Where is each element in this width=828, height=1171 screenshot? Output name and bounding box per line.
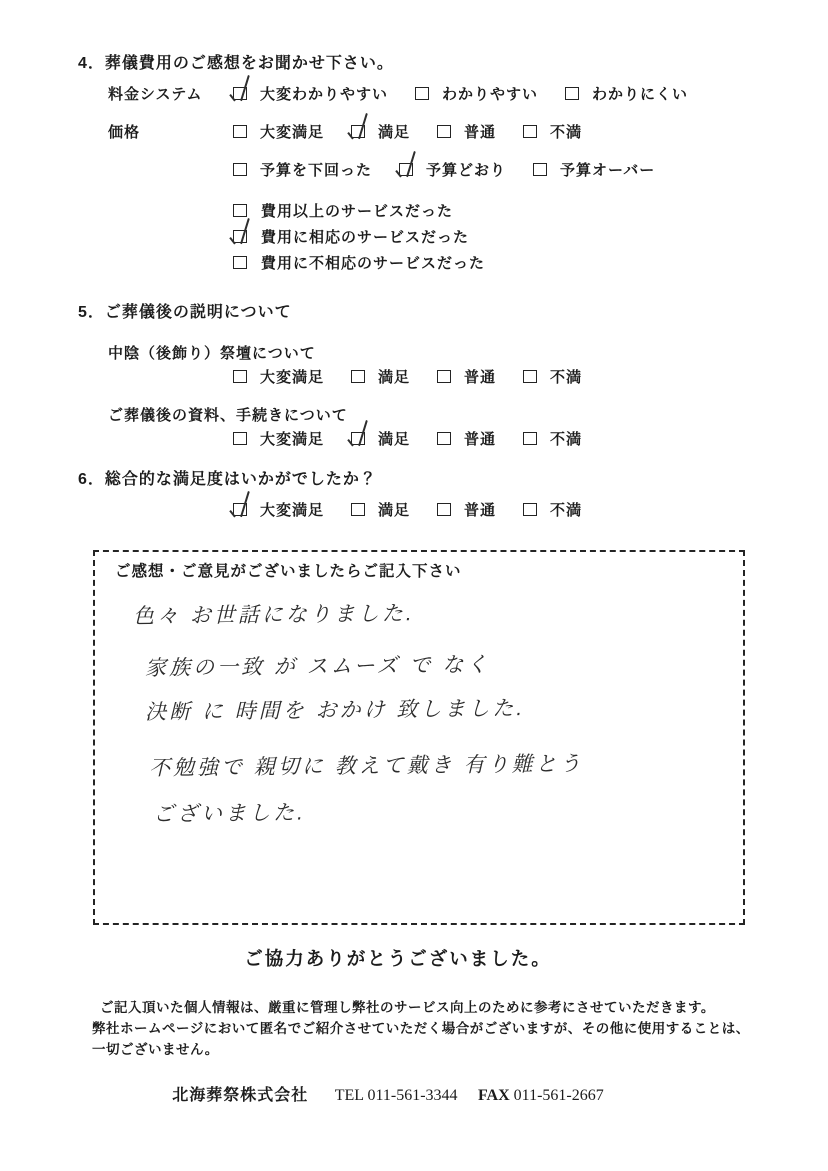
option-label: 予算どおり	[426, 159, 506, 180]
thanks-message: ご協力ありがとうございました。	[78, 945, 718, 971]
survey-option: 不満	[523, 428, 582, 449]
survey-option: 予算オーバー	[533, 159, 655, 180]
checkbox-unchecked	[565, 87, 579, 100]
survey-option: 普通	[437, 499, 496, 520]
option-label: 大変満足	[260, 428, 324, 449]
option-label: わかりにくい	[592, 83, 688, 104]
row-label-pricing-system: 料金システム	[108, 83, 233, 104]
tel-label: TEL	[335, 1087, 364, 1104]
options-documents: 大変満足満足普通不満	[233, 428, 758, 449]
survey-option: 大変満足	[233, 366, 324, 387]
option-label: 大変わかりやすい	[260, 83, 388, 104]
checkbox-checked	[399, 163, 413, 176]
privacy-notice: ご記入頂いた個人情報は、厳重に管理し弊社のサービス向上のために参考にさせていただ…	[92, 997, 752, 1060]
survey-option: 費用以上のサービスだった	[233, 200, 758, 221]
survey-option: 大変満足	[233, 428, 324, 449]
fax-label: FAX	[478, 1087, 510, 1104]
survey-option: わかりにくい	[565, 83, 688, 104]
checkbox-unchecked	[437, 125, 451, 138]
checkbox-unchecked	[415, 87, 429, 100]
handwritten-line: 色々 お世話になりました.	[133, 594, 725, 630]
option-label: 費用に相応のサービスだった	[261, 226, 469, 247]
options-cost-service: 費用以上のサービスだった費用に相応のサービスだった費用に不相応のサービスだった	[233, 200, 758, 273]
option-label: 満足	[378, 366, 410, 387]
checkbox-checked	[351, 432, 365, 445]
privacy-line: 一切ございません。	[92, 1039, 752, 1060]
checkbox-unchecked	[437, 370, 451, 383]
comment-box: ご感想・ご意見がございましたらご記入下さい 色々 お世話になりました.家族の一致…	[93, 550, 745, 925]
checkbox-unchecked	[233, 163, 247, 176]
options-altar: 大変満足満足普通不満	[233, 366, 758, 387]
options-overall: 大変満足満足普通不満	[233, 499, 758, 520]
checkbox-unchecked	[437, 432, 451, 445]
survey-option: 大変わかりやすい	[233, 83, 388, 104]
survey-option: 大変満足	[233, 499, 324, 520]
option-label: 大変満足	[260, 366, 324, 387]
survey-option: わかりやすい	[415, 83, 538, 104]
section4-heading: 4．葬儀費用のご感想をお聞かせ下さい。	[78, 50, 758, 73]
checkbox-unchecked	[523, 432, 537, 445]
handwritten-comment: 色々 お世話になりました.家族の一致 が スムーズ で なく決断 に 時間を お…	[115, 597, 725, 825]
privacy-line: ご記入頂いた個人情報は、厳重に管理し弊社のサービス向上のために参考にさせていただ…	[92, 997, 752, 1018]
checkbox-unchecked	[233, 432, 247, 445]
option-label: 普通	[464, 499, 496, 520]
option-label: 不満	[550, 428, 582, 449]
option-label: 大変満足	[260, 499, 324, 520]
tel-contact: TEL 011-561-3344	[335, 1087, 458, 1104]
question-row-budget: 予算を下回った予算どおり予算オーバー	[108, 159, 758, 180]
handwritten-line: 家族の一致 が スムーズ で なく	[145, 646, 725, 682]
survey-option: 大変満足	[233, 121, 324, 142]
checkbox-unchecked	[233, 125, 247, 138]
option-label: 予算オーバー	[560, 159, 655, 180]
fax-number: 011-561-2667	[514, 1087, 604, 1104]
option-label: 大変満足	[260, 121, 324, 142]
survey-option: 普通	[437, 121, 496, 142]
checkbox-unchecked	[351, 370, 365, 383]
tel-number: 011-561-3344	[367, 1087, 457, 1104]
section-overall-satisfaction: 6．総合的な満足度はいかがでしたか？ 大変満足満足普通不満	[78, 466, 758, 520]
subsection-documents-label: ご葬儀後の資料、手続きについて	[108, 404, 758, 425]
checkbox-checked	[233, 87, 247, 100]
checkbox-unchecked	[523, 370, 537, 383]
checkbox-unchecked	[351, 503, 365, 516]
checkbox-checked	[351, 125, 365, 138]
option-label: 不満	[550, 499, 582, 520]
checkbox-unchecked	[233, 204, 247, 217]
section6-heading: 6．総合的な満足度はいかがでしたか？	[78, 466, 758, 489]
scanned-survey-page: 4．葬儀費用のご感想をお聞かせ下さい。 料金システム 大変わかりやすいわかりやす…	[0, 0, 828, 1171]
option-label: 普通	[464, 428, 496, 449]
checkbox-unchecked	[523, 503, 537, 516]
subsection-documents: ご葬儀後の資料、手続きについて 大変満足満足普通不満	[78, 404, 758, 449]
checkbox-unchecked	[233, 256, 247, 269]
row-label-price: 価格	[108, 121, 233, 142]
option-label: 不満	[550, 366, 582, 387]
option-label: 満足	[378, 499, 410, 520]
question-row-price: 価格 大変満足満足普通不満	[108, 121, 758, 142]
option-label: 普通	[464, 366, 496, 387]
survey-option: 不満	[523, 366, 582, 387]
checkbox-unchecked	[437, 503, 451, 516]
option-label: 費用以上のサービスだった	[261, 200, 453, 221]
subsection-altar-label: 中陰（後飾り）祭壇について	[108, 342, 758, 363]
options-price: 大変満足満足普通不満	[233, 121, 582, 142]
options-budget: 予算を下回った予算どおり予算オーバー	[233, 159, 655, 180]
survey-option: 満足	[351, 121, 410, 142]
option-label: 満足	[378, 121, 410, 142]
survey-option: 予算どおり	[399, 159, 506, 180]
question-row-pricing-system: 料金システム 大変わかりやすいわかりやすいわかりにくい	[108, 83, 758, 104]
subsection-altar: 中陰（後飾り）祭壇について 大変満足満足普通不満	[78, 342, 758, 387]
checkbox-checked	[233, 503, 247, 516]
privacy-line: 弊社ホームページにおいて匿名でご紹介させていただく場合がございますが、その他に使…	[92, 1018, 752, 1039]
survey-option: 不満	[523, 499, 582, 520]
survey-option: 普通	[437, 366, 496, 387]
survey-option: 普通	[437, 428, 496, 449]
option-label: 不満	[550, 121, 582, 142]
handwritten-line: 決断 に 時間を おかけ 致しました.	[145, 690, 725, 726]
option-label: 満足	[378, 428, 410, 449]
survey-option: 費用に相応のサービスだった	[233, 226, 758, 247]
survey-option: 満足	[351, 366, 410, 387]
option-label: 普通	[464, 121, 496, 142]
survey-option: 満足	[351, 428, 410, 449]
option-label: 費用に不相応のサービスだった	[261, 252, 485, 273]
section5-heading: 5．ご葬儀後の説明について	[78, 299, 758, 322]
checkbox-unchecked	[523, 125, 537, 138]
checkbox-checked	[233, 230, 247, 243]
handwritten-line: ございました.	[153, 792, 725, 828]
option-label: 予算を下回った	[260, 159, 372, 180]
section-post-funeral-explanation: 5．ご葬儀後の説明について 中陰（後飾り）祭壇について 大変満足満足普通不満 ご…	[78, 299, 758, 449]
survey-option: 不満	[523, 121, 582, 142]
section-funeral-cost: 4．葬儀費用のご感想をお聞かせ下さい。 料金システム 大変わかりやすいわかりやす…	[78, 50, 758, 273]
survey-option: 満足	[351, 499, 410, 520]
survey-option: 費用に不相応のサービスだった	[233, 252, 758, 273]
option-label: わかりやすい	[442, 83, 538, 104]
survey-option: 予算を下回った	[233, 159, 372, 180]
checkbox-unchecked	[533, 163, 547, 176]
options-pricing-system: 大変わかりやすいわかりやすいわかりにくい	[233, 83, 688, 104]
comment-box-header: ご感想・ご意見がございましたらご記入下さい	[115, 559, 725, 581]
company-contact-line: 北海葬祭株式会社 TEL 011-561-3344 FAX011-561-266…	[78, 1082, 698, 1105]
handwritten-line: 不勉強で 親切に 教えて戴き 有り難とう	[149, 746, 725, 782]
checkbox-unchecked	[233, 370, 247, 383]
company-name: 北海葬祭株式会社	[172, 1087, 308, 1104]
